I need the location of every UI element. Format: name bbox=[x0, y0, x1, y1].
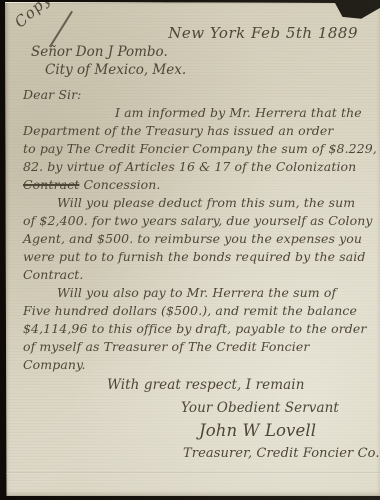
copy-annotation: Copy bbox=[11, 0, 55, 31]
paper-fold-crease bbox=[5, 472, 380, 474]
paragraph3-line3: $4,114,96 to this office by draft, payab… bbox=[23, 320, 378, 338]
salutation: Dear Sir: bbox=[23, 86, 378, 104]
paragraph1-line1: I am informed by Mr. Herrera that the bbox=[23, 104, 378, 122]
paragraph3-line1: Will you also pay to Mr. Herrera the sum… bbox=[23, 284, 378, 302]
recipient-address: City of Mexico, Mex. bbox=[45, 62, 186, 78]
signature-title: Treasurer, Credit Foncier Co. bbox=[23, 445, 378, 463]
scan-background: Copy New York Feb 5th 1889 Señor Don J P… bbox=[0, 0, 380, 500]
copy-slash-stroke bbox=[49, 11, 73, 47]
closing-line: With great respect, I remain bbox=[23, 376, 378, 394]
letter-page: Copy New York Feb 5th 1889 Señor Don J P… bbox=[5, 2, 380, 496]
paragraph1-line4: 82. by virtue of Articles 16 & 17 of the… bbox=[23, 158, 378, 176]
correction-word: Concession. bbox=[79, 177, 160, 192]
paragraph1-line5: Contract Concession. bbox=[23, 176, 378, 194]
paragraph2-line4: were put to to furnish the bonds require… bbox=[23, 248, 378, 266]
paragraph3-line5: Company. bbox=[23, 356, 378, 374]
signoff-line: Your Obedient Servant bbox=[23, 399, 378, 417]
paragraph2-line2: of $2,400. for two years salary, due you… bbox=[23, 212, 378, 230]
paragraph2-line1: Will you please deduct from this sum, th… bbox=[23, 194, 378, 212]
paragraph3-line2: Five hundred dollars ($500.), and remit … bbox=[23, 302, 378, 320]
letter-body: Dear Sir: I am informed by Mr. Herrera t… bbox=[23, 86, 378, 463]
paragraph3-line4: of myself as Treasurer of The Credit Fon… bbox=[23, 338, 378, 356]
paragraph2-line3: Agent, and $500. to reimburse you the ex… bbox=[23, 230, 378, 248]
recipient-name: Señor Don J Pombo. bbox=[31, 44, 168, 60]
paragraph2-line5: Contract. bbox=[23, 266, 378, 284]
paragraph1-line3: to pay The Credit Foncier Company the su… bbox=[23, 140, 378, 158]
dateline: New York Feb 5th 1889 bbox=[168, 24, 358, 42]
struck-word: Contract bbox=[23, 177, 79, 192]
signature: John W Lovell bbox=[23, 420, 378, 442]
paragraph1-line2: Department of the Treasury has issued an… bbox=[23, 122, 378, 140]
